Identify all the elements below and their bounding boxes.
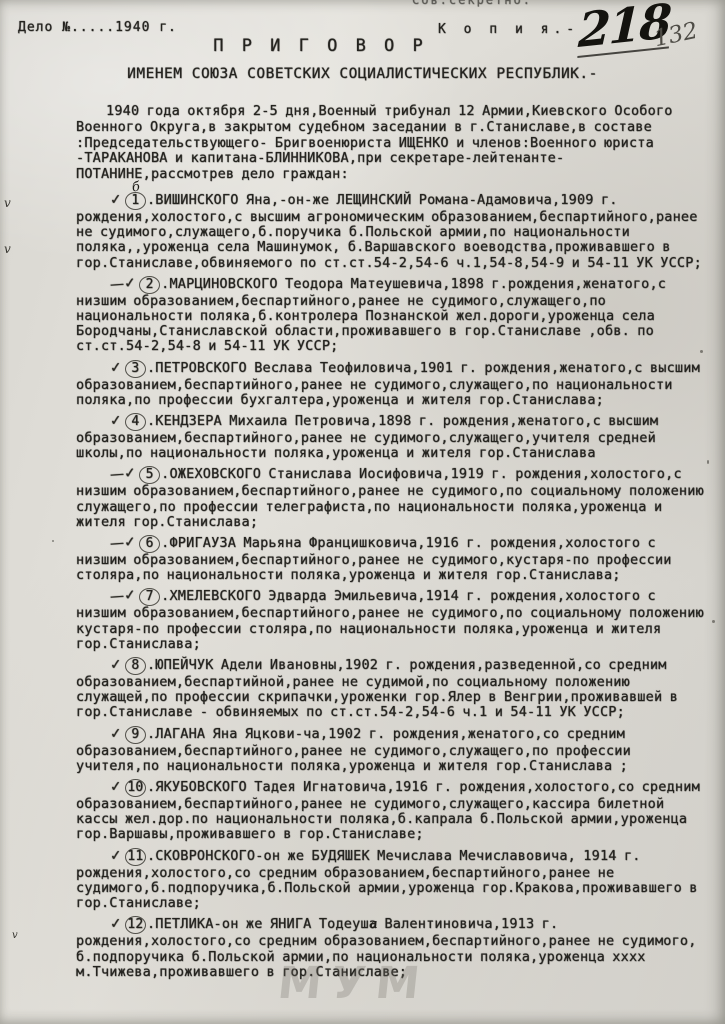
tribunal-intro-paragraph: 1940 года октября 2-5 дня,Военный трибун…: [76, 104, 708, 183]
checkmark-annotation: —✓: [110, 535, 137, 552]
document-title: П Р И Г О В О Р: [0, 36, 640, 56]
checkmark-annotation: ✓: [109, 726, 122, 742]
scan-speckle: [707, 460, 709, 464]
defendant-number-circled: 4: [125, 413, 146, 431]
scan-speckle: [712, 620, 715, 623]
defendant-number-circled: 11: [125, 848, 146, 866]
checkmark-annotation: ✓: [109, 848, 122, 864]
defendant-entry: ✓4.КЕНДЗЕРА Михаила Петровича,1898 г. ро…: [76, 413, 708, 461]
defendant-description: .ПЕТРОВСКОГО Веслава Теофиловича,1901 г.…: [76, 360, 700, 408]
scan-speckle: [700, 350, 703, 353]
defendant-description: .ХМЕЛЕВСКОГО Эдварда Эмильевича,1914 г. …: [76, 588, 704, 651]
defendant-number-circled: 9: [125, 726, 146, 744]
copy-label: К о п и я.-: [438, 22, 579, 37]
defendant-number-circled: 5: [139, 466, 160, 484]
defendant-description: .ЯКУБОВСКОГО Тадея Игнатовича,1916 г. ро…: [76, 779, 700, 842]
defendant-description: .СКОВРОНСКОГО-он же БУДЯШЕК Мечислава Ме…: [76, 848, 698, 911]
defendant-entry: ✓8.ЮПЕЙЧУК Адели Ивановны,1902 г. рожден…: [76, 657, 708, 721]
case-number-label: Дело №.....1940 г.: [18, 20, 177, 35]
defendant-description: .ЛАГАНА Яна Яцкови-ча,1902 г. рождения,ж…: [76, 726, 631, 774]
margin-checkmark: v: [12, 930, 18, 941]
classification-stamp: Сов.секретно.: [412, 0, 532, 7]
defendant-entry: —✓5.ОЖЕХОВСКОГО Станислава Иосифовича,19…: [76, 466, 708, 530]
defendant-description: .ВИШИНСКОГО Яна,-он-же ЛЕЩИНСКИЙ Романа-…: [76, 192, 702, 271]
defendant-entry: ✓11.СКОВРОНСКОГО-он же БУДЯШЕК Мечислава…: [76, 848, 708, 912]
document-subtitle: ИМЕНЕМ СОЮЗА СОВЕТСКИХ СОЦИАЛИСТИЧЕСКИХ …: [0, 66, 725, 82]
defendant-entry: —✓7.ХМЕЛЕВСКОГО Эдварда Эмильевича,1914 …: [76, 588, 708, 652]
margin-checkmark: v: [4, 242, 11, 256]
defendant-number-circled: 6: [139, 535, 160, 553]
checkmark-annotation: ✓: [109, 917, 122, 933]
defendant-number-circled: 10: [125, 779, 146, 797]
margin-checkmark: v: [4, 196, 11, 210]
defendant-number-circled: 8: [125, 657, 146, 675]
checkmark-annotation: —✓: [110, 589, 137, 606]
defendant-description: .ФРИГАУЗА Марьяна Францишковича,1916 г. …: [76, 535, 672, 583]
checkmark-annotation: —✓: [110, 467, 137, 484]
defendants-list: ✓1.ВИШИНСКОГО Яна,-он-же ЛЕЩИНСКИЙ Роман…: [76, 192, 708, 985]
scanned-verdict-page: Сов.секретно. Дело №.....1940 г. К о п и…: [0, 0, 725, 1024]
defendant-entry: —✓6.ФРИГАУЗА Марьяна Францишковича,1916 …: [76, 535, 708, 583]
defendant-entry: ✓9.ЛАГАНА Яна Яцкови-ча,1902 г. рождения…: [76, 726, 708, 774]
checkmark-annotation: ✓: [109, 658, 122, 674]
defendant-entry: ✓10.ЯКУБОВСКОГО Тадея Игнатовича,1916 г.…: [76, 779, 708, 843]
defendant-number-circled: 3: [125, 360, 146, 378]
defendant-number-circled: 7: [139, 588, 160, 606]
checkmark-annotation: ✓: [109, 360, 122, 376]
defendant-entry: ✓3.ПЕТРОВСКОГО Веслава Теофиловича,1901 …: [76, 360, 708, 408]
scan-speckle: [52, 540, 54, 542]
checkmark-annotation: ✓: [109, 414, 122, 430]
defendant-description: .ОЖЕХОВСКОГО Станислава Иосифовича,1919 …: [76, 466, 704, 529]
handwritten-correction-item12: а: [369, 917, 378, 933]
defendant-entry: ✓1.ВИШИНСКОГО Яна,-он-же ЛЕЩИНСКИЙ Роман…: [76, 192, 708, 271]
defendant-description: .ЮПЕЙЧУК Адели Ивановны,1902 г. рождения…: [76, 657, 678, 720]
defendant-number-circled: 2: [139, 276, 160, 294]
defendant-description: .КЕНДЗЕРА Михаила Петровича,1898 г. рожд…: [76, 413, 658, 461]
archive-watermark: МУМ: [275, 958, 432, 1009]
defendant-number-circled: 12: [125, 916, 146, 934]
checkmark-annotation: —✓: [110, 276, 137, 293]
checkmark-annotation: ✓: [109, 193, 122, 209]
defendant-entry: —✓2.МАРЦИНОВСКОГО Теодора Матеушевича,18…: [76, 276, 708, 355]
checkmark-annotation: ✓: [109, 780, 122, 796]
defendant-description: .МАРЦИНОВСКОГО Теодора Матеушевича,1898 …: [76, 276, 666, 355]
